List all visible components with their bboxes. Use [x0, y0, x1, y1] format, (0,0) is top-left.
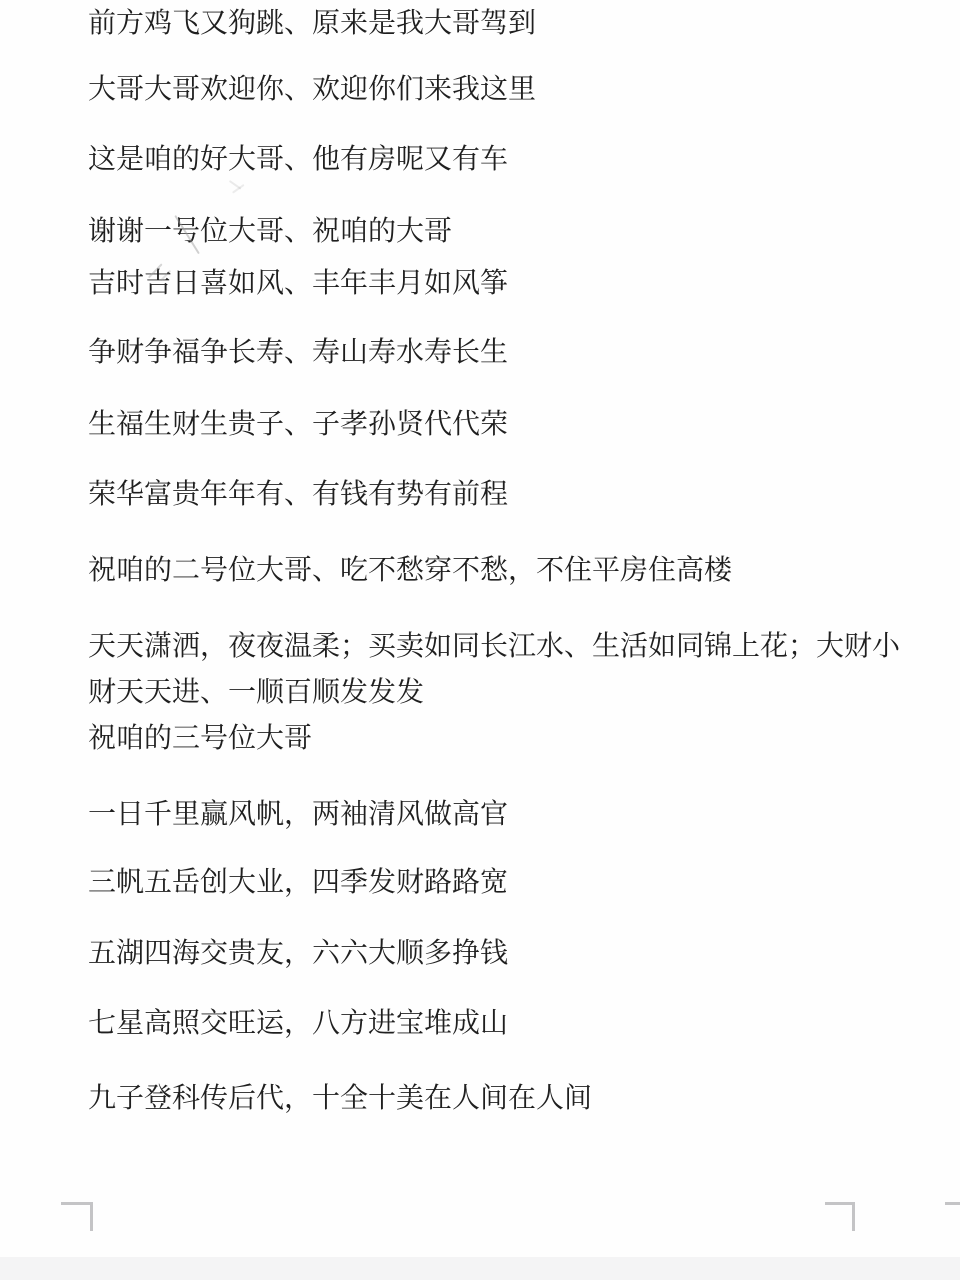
text-line-15: 五湖四海交贵友，六六大顺多挣钱	[88, 938, 508, 968]
text-line-1: 前方鸡飞又狗跳、原来是我大哥驾到	[88, 8, 536, 38]
bottom-edge-band	[0, 1257, 960, 1280]
text-line-9: 祝咱的二号位大哥、吃不愁穿不愁，不住平房住高楼	[88, 555, 732, 585]
text-line-14: 三帆五岳创大业，四季发财路路宽	[88, 867, 508, 897]
text-line-12: 祝咱的三号位大哥	[88, 723, 312, 753]
text-line-2: 大哥大哥欢迎你、欢迎你们来我这里	[88, 74, 536, 104]
document-page: 前方鸡飞又狗跳、原来是我大哥驾到 大哥大哥欢迎你、欢迎你们来我这里 这是咱的好大…	[0, 0, 960, 1280]
text-line-6: 争财争福争长寿、寿山寿水寿长生	[88, 337, 508, 367]
text-line-13: 一日千里赢风帆，两袖清风做高官	[88, 799, 508, 829]
text-line-4: 谢谢一号位大哥、祝咱的大哥	[88, 216, 452, 246]
text-line-11: 财天天进、一顺百顺发发发	[88, 677, 424, 707]
text-line-8: 荣华富贵年年有、有钱有势有前程	[88, 479, 508, 509]
corner-crop-mark-icon	[825, 1202, 855, 1231]
corner-crop-mark-icon	[61, 1202, 93, 1231]
text-line-3: 这是咱的好大哥、他有房呢又有车	[88, 144, 508, 174]
text-line-7: 生福生财生贵子、子孝孙贤代代荣	[88, 409, 508, 439]
text-line-17: 九子登科传后代，十全十美在人间在人间	[88, 1083, 592, 1113]
text-line-16: 七星高照交旺运，八方进宝堆成山	[88, 1008, 508, 1038]
corner-crop-mark-icon	[945, 1202, 960, 1205]
text-line-10: 天天潇洒，夜夜温柔；买卖如同长江水、生活如同锦上花；大财小	[88, 631, 900, 661]
